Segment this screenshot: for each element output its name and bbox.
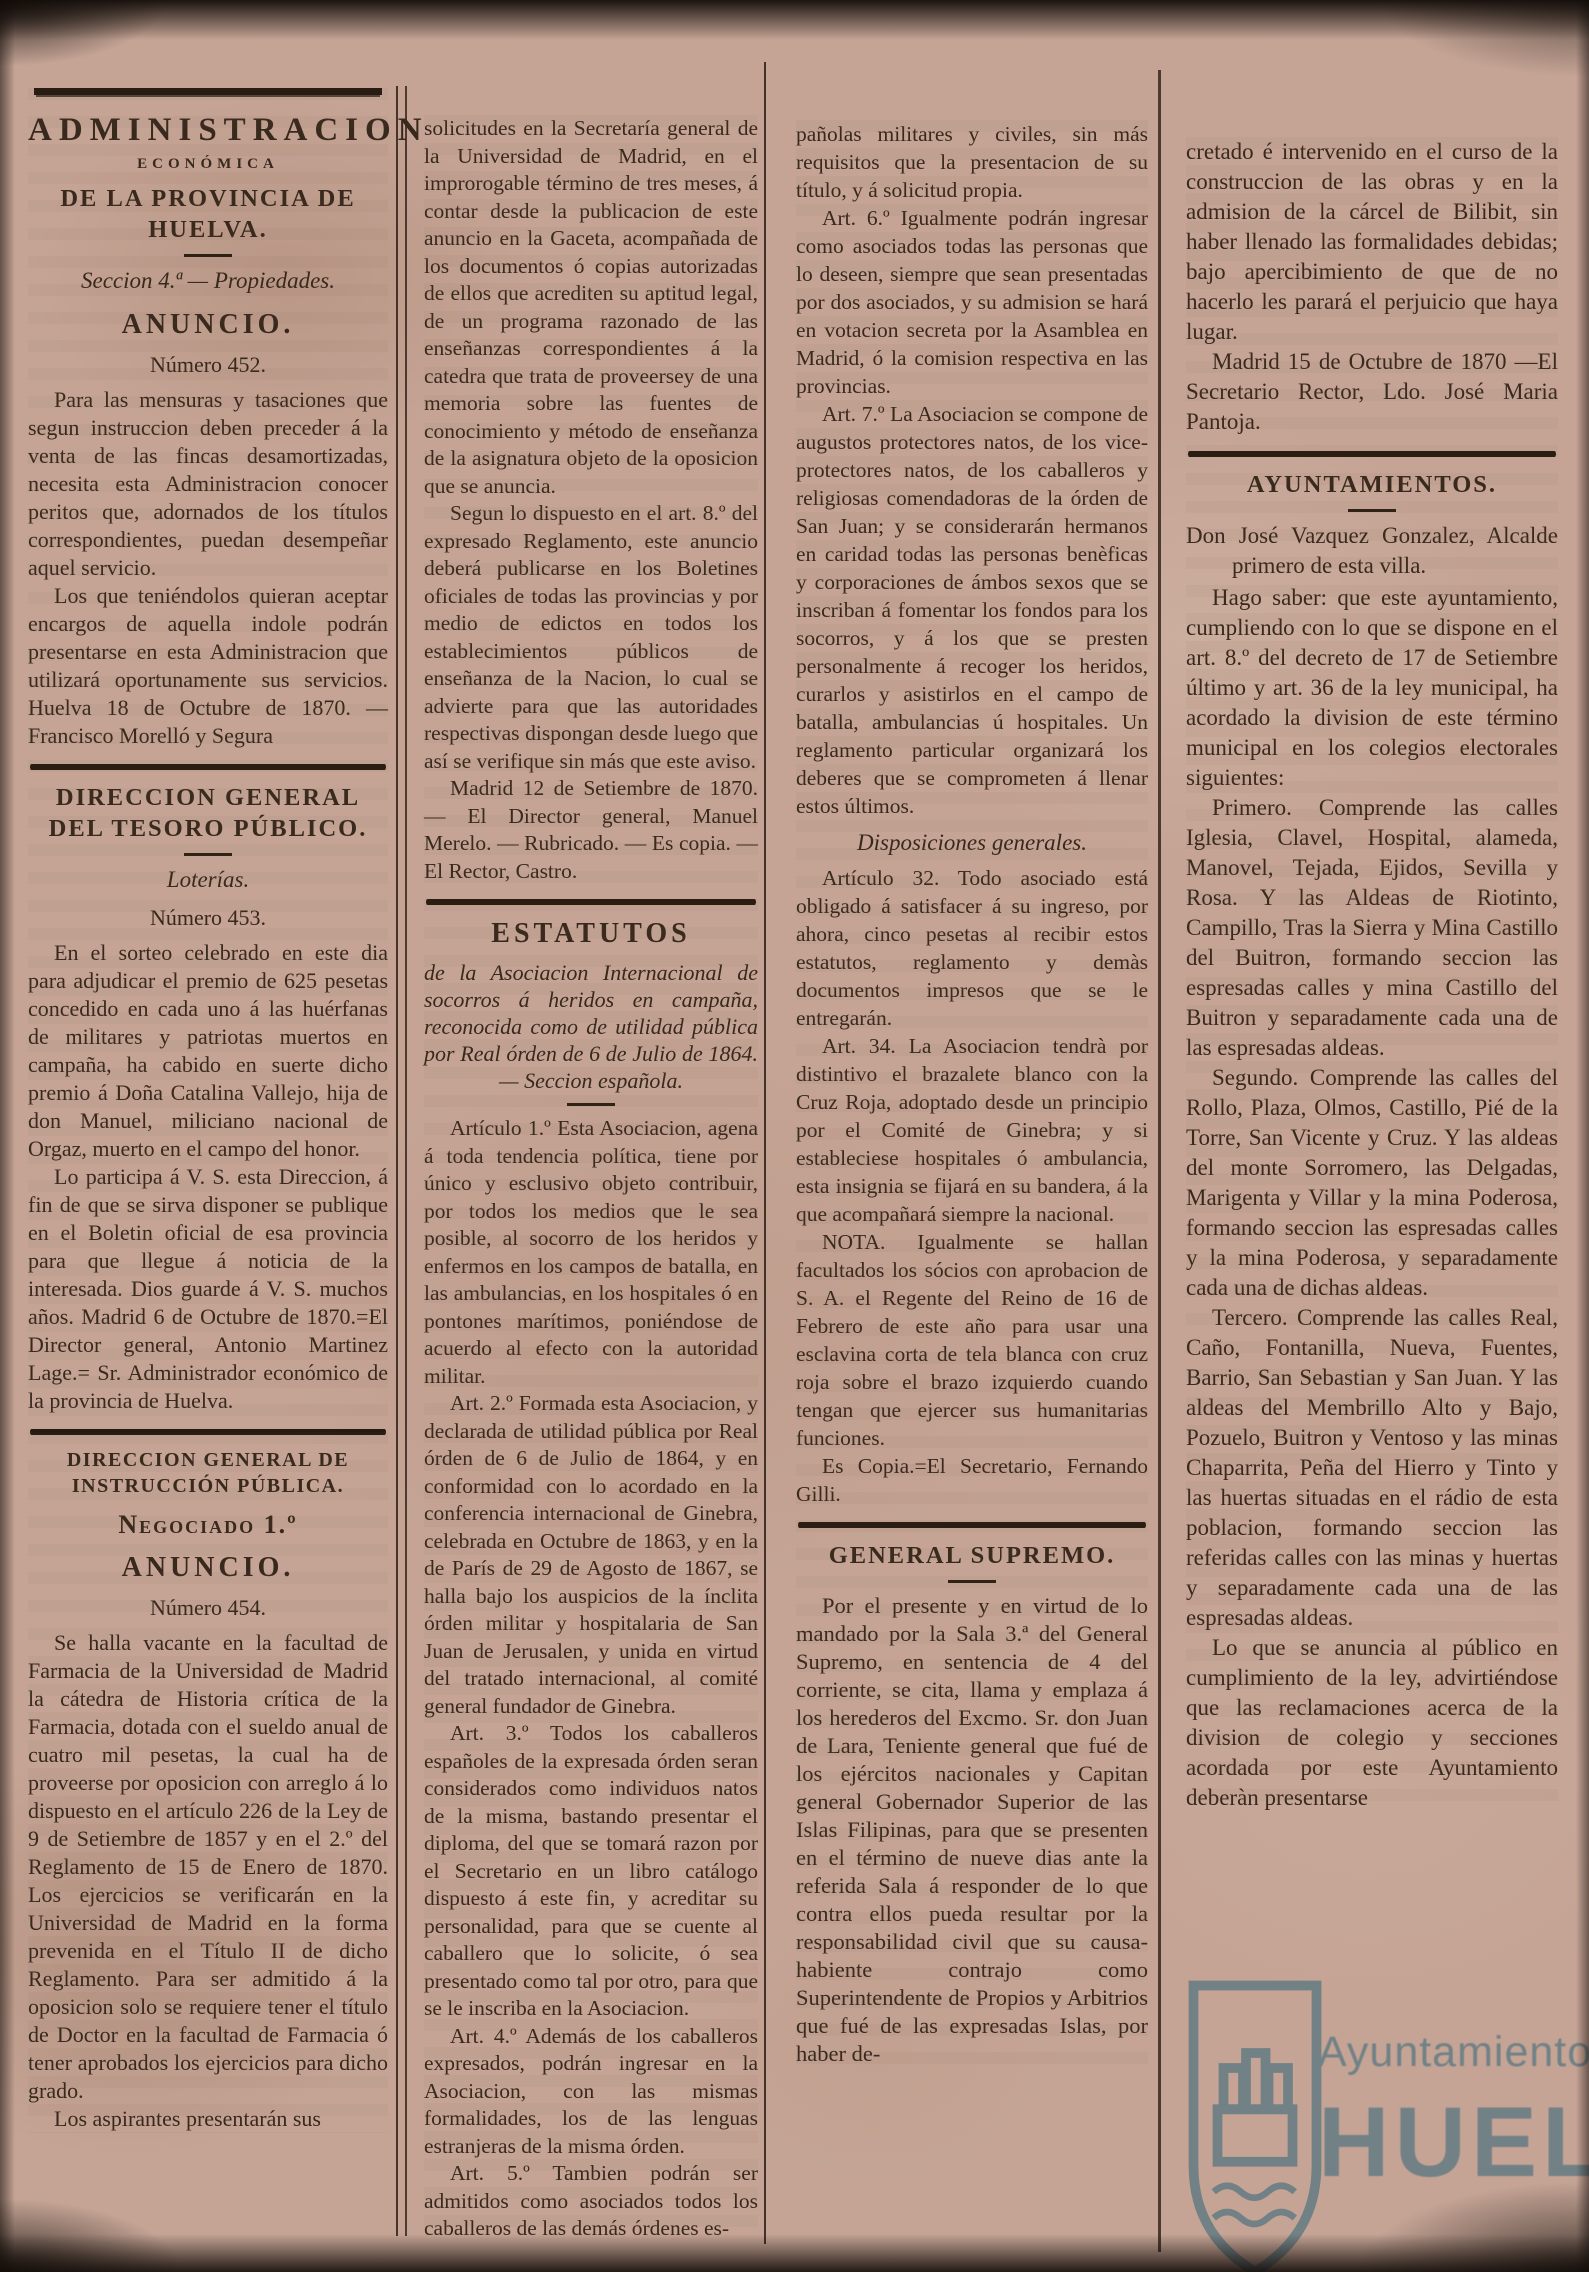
paragraph: Segun lo dispuesto en el art. 8.º del ex…: [424, 500, 758, 775]
section-rule: [1188, 451, 1556, 457]
paragraph-continued: pañolas militares y civiles, sin más req…: [796, 120, 1148, 204]
dash-divider: [184, 254, 232, 257]
watermark-line2: HUELVA: [1318, 2085, 1589, 2199]
column-2: solicitudes en la Secretaría general de …: [424, 115, 758, 2243]
column-4: cretado é intervenido en el curso de la …: [1186, 137, 1558, 1813]
dash-divider: [567, 1103, 615, 1106]
column-divider-2: [764, 62, 766, 2244]
paragraph: Art. 5.º Tambien podrán ser admitidos co…: [424, 2160, 758, 2243]
dash-divider: [184, 853, 232, 856]
italic-heading: Loterías.: [28, 865, 388, 895]
paragraph: Art. 6.º Igualmente podrán ingresar como…: [796, 204, 1148, 400]
paragraph: Artículo 32. Todo asociado está obligado…: [796, 864, 1148, 1032]
paragraph: Hago saber: que este ayuntamiento, cumpl…: [1186, 583, 1558, 793]
huelva-shield-castle-icon: [1180, 1978, 1330, 2272]
article-heading: ESTATUTOS: [424, 917, 758, 951]
article-number: Número 453.: [28, 904, 388, 932]
masthead-rule: [34, 88, 382, 95]
paragraph: En el sorteo celebrado en este dia para …: [28, 939, 388, 1163]
paragraph: Artículo 1.º Esta Asociacion, agena á to…: [424, 1115, 758, 1390]
paragraph: Madrid 12 de Setiembre de 1870. — El Dir…: [424, 775, 758, 885]
paragraph: Art. 2.º Formada esta Asociacion, y decl…: [424, 1390, 758, 1720]
paragraph: Art. 3.º Todos los caballeros españoles …: [424, 1720, 758, 2023]
paragraph: Art. 7.º La Asociacion se compone de aug…: [796, 400, 1148, 820]
section-title: GENERAL SUPREMO.: [796, 1540, 1148, 1571]
section-title-small: DIRECCION GENERAL DE INSTRUCCIÓN PÚBLICA…: [28, 1447, 388, 1499]
paragraph: Lo participa á V. S. esta Direccion, á f…: [28, 1163, 388, 1415]
dash-divider: [1348, 509, 1396, 512]
paragraph: Para las mensuras y tasaciones que segun…: [28, 386, 388, 582]
signature-paragraph: Don José Vazquez Gonzalez, Alcalde prime…: [1186, 521, 1558, 581]
section-rule: [426, 899, 756, 905]
column-3: pañolas militares y civiles, sin más req…: [796, 120, 1148, 2068]
paragraph: Los que teniéndolos quieran aceptar enca…: [28, 582, 388, 750]
article-heading: ANUNCIO.: [28, 1551, 388, 1585]
watermark-text: Ayuntamiento de HUELVA: [1318, 2028, 1589, 2199]
paragraph: Segundo. Comprende las calles del Rollo,…: [1186, 1063, 1558, 1303]
paragraph: Art. 34. La Asociacion tendrà por distin…: [796, 1032, 1148, 1228]
article-number: Número 452.: [28, 351, 388, 379]
paragraph: Lo que se anuncia al público en cumplimi…: [1186, 1633, 1558, 1813]
paragraph: Tercero. Comprende las calles Real, Caño…: [1186, 1303, 1558, 1633]
column-divider-1: [396, 86, 407, 2236]
italic-subtitle: de la Asociacion Internacional de socorr…: [424, 959, 758, 1094]
paragraph: NOTA. Igualmente se hallan facultados lo…: [796, 1228, 1148, 1452]
negociado-heading: Negociado 1.º: [28, 1511, 388, 1539]
paragraph-continued: cretado é intervenido en el curso de la …: [1186, 137, 1558, 347]
paragraph: Primero. Comprende las calles Iglesia, C…: [1186, 793, 1558, 1063]
paragraph: Madrid 15 de Octubre de 1870 —El Secreta…: [1186, 347, 1558, 437]
section-title: AYUNTAMIENTOS.: [1186, 469, 1558, 500]
paragraph-continued: solicitudes en la Secretaría general de …: [424, 115, 758, 500]
masthead-subtitle: ECONÓMICA: [28, 153, 388, 175]
section-rule: [30, 1429, 386, 1435]
dash-divider: [948, 1580, 996, 1583]
italic-heading: Seccion 4.ª — Propiedades.: [28, 266, 388, 296]
paragraph: Art. 4.º Además de los caballeros expres…: [424, 2023, 758, 2161]
paragraph: Es Copia.=El Secretario, Fernando Gilli.: [796, 1452, 1148, 1508]
section-title: DE LA PROVINCIA DE HUELVA.: [28, 183, 388, 245]
section-title: DIRECCION GENERAL DEL TESORO PÚBLICO.: [28, 782, 388, 844]
column-divider-3: [1158, 70, 1161, 2252]
huelva-watermark: Ayuntamiento de HUELVA: [1140, 1950, 1589, 2272]
section-rule: [798, 1522, 1146, 1528]
newspaper-page: ADMINISTRACIONECONÓMICADE LA PROVINCIA D…: [0, 0, 1589, 2272]
article-number: Número 454.: [28, 1594, 388, 1622]
masthead-title: ADMINISTRACION: [28, 111, 388, 149]
italic-heading: Disposiciones generales.: [796, 828, 1148, 858]
paragraph-large: Por el presente y en virtud de lo mandad…: [796, 1592, 1148, 2068]
section-rule: [30, 764, 386, 770]
paragraph: Se halla vacante en la facultad de Farma…: [28, 1629, 388, 2105]
column-1: ADMINISTRACIONECONÓMICADE LA PROVINCIA D…: [28, 88, 388, 2133]
article-heading: ANUNCIO.: [28, 308, 388, 342]
watermark-line1: Ayuntamiento de: [1318, 2028, 1589, 2077]
paragraph: Los aspirantes presentarán sus: [28, 2105, 388, 2133]
